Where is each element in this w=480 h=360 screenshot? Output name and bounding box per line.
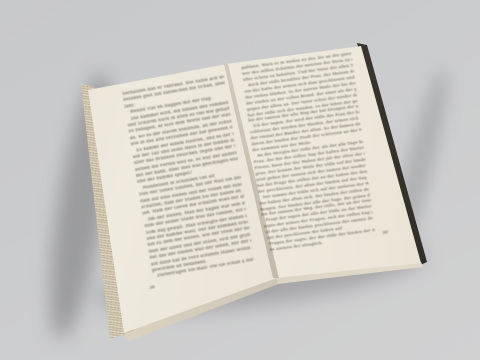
book-photo-scene: Sernalden hab er vebrand, wie Sahle ach … [0,0,480,360]
left-page-number: 58 [149,285,155,291]
left-page-text: Sernalden hab er vebrand, wie Sahle ach … [122,75,255,281]
right-page-number: 59 [382,230,388,236]
